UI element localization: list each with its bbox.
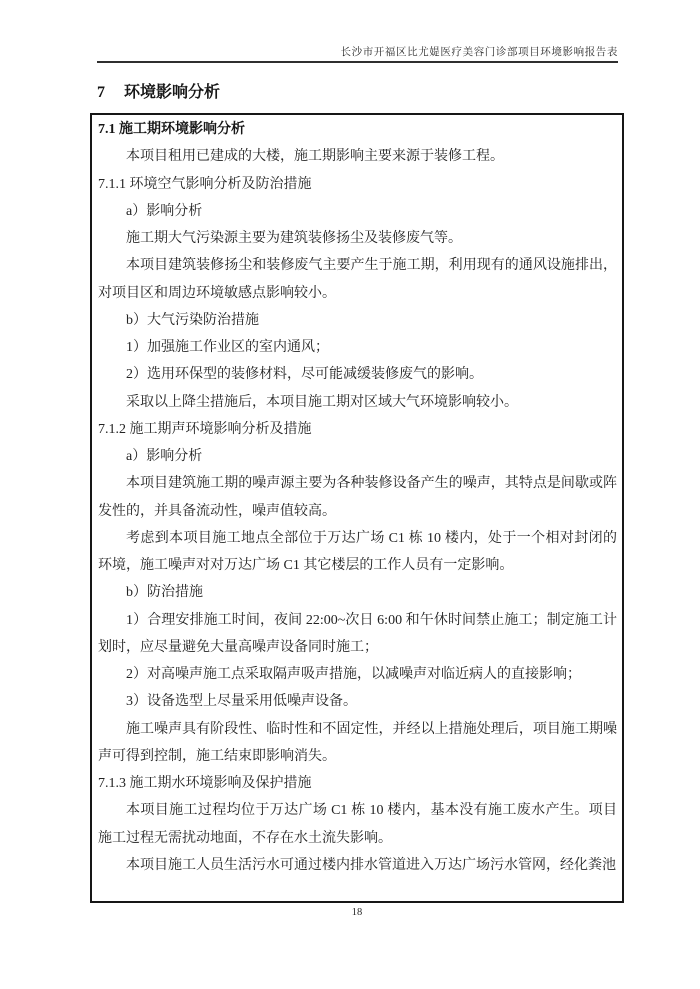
paragraph: 本项目建筑施工期的噪声源主要为各种装修设备产生的噪声，其特点是间歇或阵发性的，并…: [98, 470, 617, 525]
paragraph: 施工噪声具有阶段性、临时性和不固定性，并经以上措施处理后，项目施工期噪声可得到控…: [98, 716, 617, 771]
paragraph: 本项目施工过程均位于万达广场 C1 栋 10 楼内，基本没有施工废水产生。项目施…: [98, 797, 617, 852]
paragraph: a）影响分析: [98, 198, 617, 225]
paragraph: 考虑到本项目施工地点全部位于万达广场 C1 栋 10 楼内，处于一个相对封闭的环…: [98, 525, 617, 580]
subsection-heading: 7.1.3 施工期水环境影响及保护措施: [98, 770, 617, 797]
paragraph: 采取以上降尘措施后，本项目施工期对区域大气环境影响较小。: [98, 389, 617, 416]
running-header: 长沙市开福区比尤媞医疗美容门诊部项目环境影响报告表: [341, 44, 619, 59]
paragraph: b）大气污染防治措施: [98, 307, 617, 334]
chapter-title: 环境影响分析: [124, 84, 220, 101]
paragraph: 1）合理安排施工时间，夜间 22:00~次日 6:00 和午休时间禁止施工；制定…: [98, 607, 617, 662]
paragraph: 本项目建筑装修扬尘和装修废气主要产生于施工期，利用现有的通风设施排出，对项目区和…: [98, 252, 617, 307]
document-page: { "page_header": { "title": "长沙市开福区比尤媞医疗…: [0, 0, 700, 989]
content-table-box: 7.1 施工期环境影响分析本项目租用已建成的大楼，施工期影响主要来源于装修工程。…: [90, 113, 624, 903]
paragraph: a）影响分析: [98, 443, 617, 470]
paragraph: b）防治措施: [98, 579, 617, 606]
paragraph: 2）选用环保型的装修材料，尽可能减缓装修废气的影响。: [98, 361, 617, 388]
subsection-heading: 7.1 施工期环境影响分析: [98, 116, 617, 143]
header-divider: [97, 61, 618, 63]
page-number: 18: [90, 907, 624, 918]
paragraph: 本项目施工人员生活污水可通过楼内排水管道进入万达广场污水管网，经化粪池: [98, 852, 617, 879]
paragraph: 本项目租用已建成的大楼，施工期影响主要来源于装修工程。: [98, 143, 617, 170]
paragraph: 2）对高噪声施工点采取隔声吸声措施，以减噪声对临近病人的直接影响；: [98, 661, 617, 688]
subsection-heading: 7.1.1 环境空气影响分析及防治措施: [98, 171, 617, 198]
chapter-heading: 7环境影响分析: [97, 79, 220, 102]
chapter-number: 7: [97, 84, 105, 102]
paragraph: 施工期大气污染源主要为建筑装修扬尘及装修废气等。: [98, 225, 617, 252]
paragraph: 1）加强施工作业区的室内通风；: [98, 334, 617, 361]
paragraph: 3）设备选型上尽量采用低噪声设备。: [98, 688, 617, 715]
subsection-heading: 7.1.2 施工期声环境影响分析及措施: [98, 416, 617, 443]
